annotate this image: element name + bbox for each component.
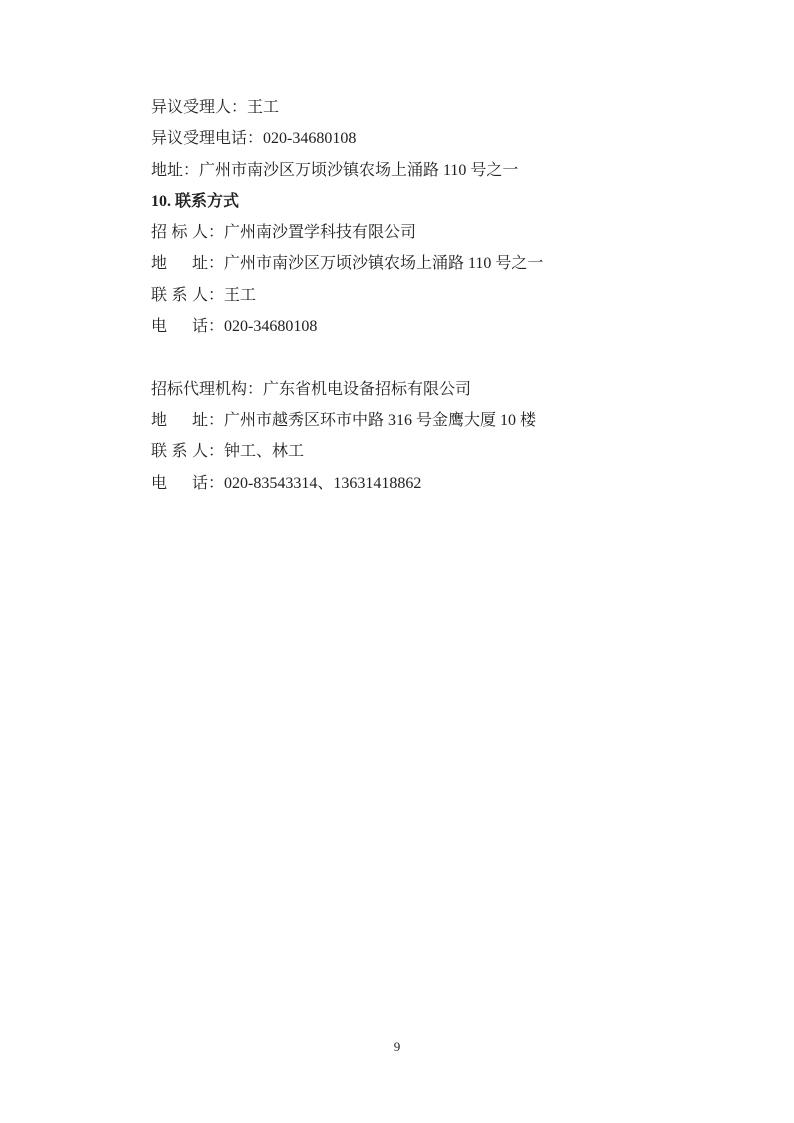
field-value: 广州市越秀区环市中路 316 号金鹰大厦 10 楼 [224, 412, 536, 429]
agency-address-line: 地址：广州市越秀区环市中路 316 号金鹰大厦 10 楼 [151, 405, 721, 436]
field-label: 地址 [151, 248, 208, 279]
document-body: 异议受理人：王工 异议受理电话：020-34680108 地址：广州市南沙区万顷… [151, 92, 721, 499]
agency-contact-line: 联系人：钟工、林工 [151, 436, 721, 467]
tenderer-contact-line: 联系人：王工 [151, 280, 721, 311]
section-number: 10. [151, 193, 171, 210]
field-value: 广州市南沙区万顷沙镇农场上涌路 110 号之一 [224, 255, 543, 272]
agency-name-line: 招标代理机构：广东省机电设备招标有限公司 [151, 374, 721, 405]
page-number: 9 [394, 1039, 401, 1054]
field-label: 电话 [151, 468, 208, 499]
field-colon: ： [247, 381, 263, 398]
field-value: 020-34680108 [224, 318, 317, 335]
tenderer-address-line: 地址：广州市南沙区万顷沙镇农场上涌路 110 号之一 [151, 248, 721, 279]
agency-phone-line: 电话：020-83543314、13631418862 [151, 468, 721, 499]
field-colon: ： [208, 443, 224, 460]
objection-contact-person-line: 异议受理人：王工 [151, 92, 721, 123]
field-label: 招标人 [151, 217, 208, 248]
page-footer: 9 [0, 1038, 794, 1056]
objection-phone-line: 异议受理电话：020-34680108 [151, 123, 721, 154]
section-heading: 10.联系方式 [151, 186, 721, 217]
objection-address-line: 地址：广州市南沙区万顷沙镇农场上涌路 110 号之一 [151, 155, 721, 186]
field-label: 招标代理机构 [151, 381, 247, 398]
field-value: 王工 [224, 287, 256, 304]
field-colon: ： [208, 412, 224, 429]
field-label: 地址 [151, 405, 208, 436]
field-value: 广东省机电设备招标有限公司 [263, 381, 471, 398]
tenderer-name-line: 招标人：广州南沙置学科技有限公司 [151, 217, 721, 248]
field-value: 钟工、林工 [224, 443, 304, 460]
field-value: 广州南沙置学科技有限公司 [224, 224, 416, 241]
field-label: 联系人 [151, 280, 208, 311]
tenderer-phone-line: 电话：020-34680108 [151, 311, 721, 342]
field-colon: ： [208, 287, 224, 304]
field-colon: ： [208, 318, 224, 335]
field-colon: ： [208, 224, 224, 241]
field-value: 020-83543314、13631418862 [224, 475, 421, 492]
section-title: 联系方式 [175, 193, 239, 210]
document-page: 异议受理人：王工 异议受理电话：020-34680108 地址：广州市南沙区万顷… [0, 0, 794, 1123]
field-colon: ： [208, 255, 224, 272]
field-colon: ： [208, 475, 224, 492]
field-label: 联系人 [151, 436, 208, 467]
field-label: 电话 [151, 311, 208, 342]
